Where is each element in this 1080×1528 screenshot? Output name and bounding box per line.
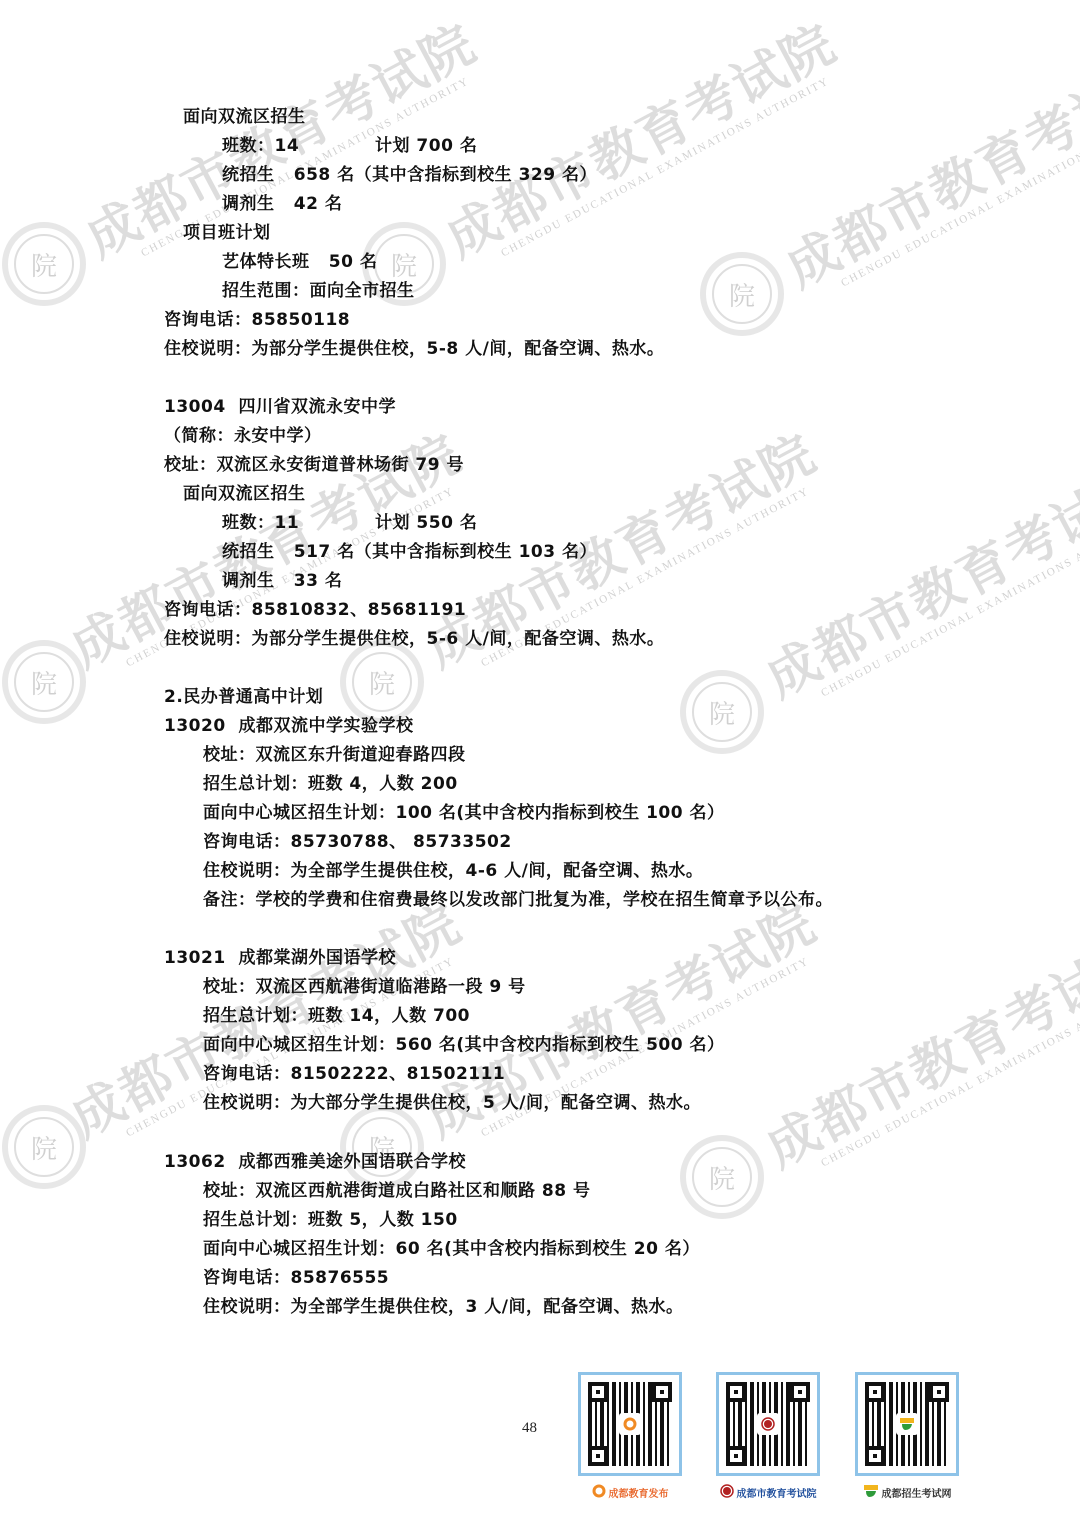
text-line: 招生总计划：班数 14，人数 700 [203, 1005, 470, 1027]
text-line: 计划 700 名 [375, 135, 477, 157]
text-line: 咨询电话：85730788、 85733502 [203, 831, 512, 853]
text-line: 调剂生 42 名 [222, 193, 342, 215]
text-line: 招生范围：面向全市招生 [222, 280, 415, 302]
text-line: 住校说明：为大部分学生提供住校，5 人/间，配备空调、热水。 [203, 1092, 701, 1114]
text-line: 咨询电话：85810832、85681191 [164, 599, 466, 621]
text-line: 住校说明：为部分学生提供住校，5-6 人/间，配备空调、热水。 [164, 628, 664, 650]
text-line: 调剂生 33 名 [222, 570, 342, 592]
text-line: 班数：11 [222, 512, 299, 534]
text-line: 13020 成都双流中学实验学校 [164, 715, 413, 737]
text-line: 2.民办普通高中计划 [164, 686, 323, 708]
text-line: 咨询电话：85850118 [164, 309, 350, 331]
text-line: 13062 成都西雅美途外国语联合学校 [164, 1151, 466, 1173]
text-line: 13021 成都棠湖外国语学校 [164, 947, 396, 969]
text-line: 计划 550 名 [375, 512, 477, 534]
document-page: 面向双流区招生班数：14计划 700 名统招生 658 名（其中含指标到校生 3… [0, 0, 1080, 1528]
text-line: 13004 四川省双流永安中学 [164, 396, 396, 418]
text-line: 校址：双流区西航港街道成白路社区和顺路 88 号 [203, 1180, 591, 1202]
text-line: 项目班计划 [183, 222, 271, 244]
text-line: 咨询电话：81502222、81502111 [203, 1063, 505, 1085]
text-line: 校址：双流区西航港街道临港路一段 9 号 [203, 976, 526, 998]
text-line: 面向中心城区招生计划：60 名(其中含校内指标到校生 20 名） [203, 1238, 700, 1260]
text-line: 备注：学校的学费和住宿费最终以发改部门批复为准，学校在招生简章予以公布。 [203, 889, 833, 911]
text-line: 校址：双流区东升街道迎春路四段 [203, 744, 466, 766]
text-line: 面向双流区招生 [183, 483, 306, 505]
text-line: 住校说明：为全部学生提供住校，4-6 人/间，配备空调、热水。 [203, 860, 703, 882]
text-line: 住校说明：为部分学生提供住校，5-8 人/间，配备空调、热水。 [164, 338, 664, 360]
text-line: 面向双流区招生 [183, 106, 306, 128]
text-line: 班数：14 [222, 135, 299, 157]
text-line: 面向中心城区招生计划：100 名(其中含校内指标到校生 100 名） [203, 802, 725, 824]
text-line: 统招生 517 名（其中含指标到校生 103 名） [222, 541, 597, 563]
text-line: 咨询电话：85876555 [203, 1267, 389, 1289]
text-line: 面向中心城区招生计划：560 名(其中含校内指标到校生 500 名） [203, 1034, 725, 1056]
text-line: （简称：永安中学） [164, 425, 322, 447]
text-line: 住校说明：为全部学生提供住校，3 人/间，配备空调、热水。 [203, 1296, 683, 1318]
text-line: 招生总计划：班数 5，人数 150 [203, 1209, 458, 1231]
text-line: 统招生 658 名（其中含指标到校生 329 名） [222, 164, 597, 186]
text-line: 招生总计划：班数 4，人数 200 [203, 773, 458, 795]
text-line: 校址：双流区永安街道普林场街 79 号 [164, 454, 464, 476]
text-line: 艺体特长班 50 名 [222, 251, 377, 273]
